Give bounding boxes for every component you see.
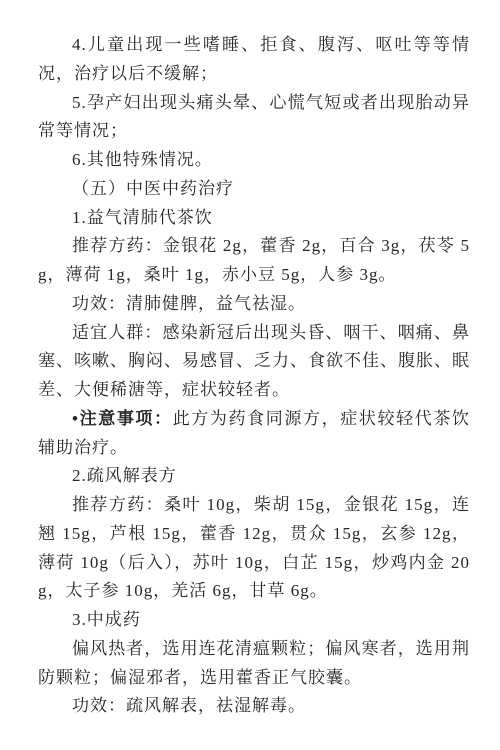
paragraph-recipe-3-effect: 功效：疏风解表，祛湿解毒。 — [38, 692, 470, 721]
paragraph-recipe-3-options: 偏风热者，选用连花清瘟颗粒；偏风寒者，选用荆防颗粒；偏湿邪者，选用藿香正气胶囊。 — [38, 635, 470, 693]
paragraph-item-6-other: 6.其他特殊情况。 — [38, 146, 470, 175]
heading-recipe-2-jiebiao: 2.疏风解表方 — [38, 462, 470, 491]
paragraph-item-5-pregnant: 5.孕产妇出现头痛头晕、心慌气短或者出现胎动异常等情况； — [38, 89, 470, 147]
paragraph-item-4-children: 4.儿童出现一些嗜睡、拒食、腹泻、呕吐等等情况，治疗以后不缓解； — [38, 31, 470, 89]
heading-recipe-1-tea: 1.益气清肺代茶饮 — [38, 204, 470, 233]
heading-section-5-tcm-treatment: （五）中医中药治疗 — [38, 175, 470, 204]
paragraph-recipe-1-note: •注意事项：此方为药食同源方，症状较轻代茶饮辅助治疗。 — [38, 405, 470, 463]
document-page: 4.儿童出现一些嗜睡、拒食、腹泻、呕吐等等情况，治疗以后不缓解； 5.孕产妇出现… — [0, 0, 500, 750]
paragraph-recipe-1-suitable-people: 适宜人群：感染新冠后出现头昏、咽干、咽痛、鼻塞、咳嗽、胸闷、易感冒、乏力、食欲不… — [38, 319, 470, 405]
note-label: •注意事项： — [72, 409, 173, 428]
paragraph-recipe-2-herbs: 推荐方药：桑叶 10g，柴胡 15g，金银花 15g，连翘 15g，芦根 15g… — [38, 491, 470, 606]
paragraph-recipe-1-effect: 功效：清肺健脾，益气祛湿。 — [38, 290, 470, 319]
heading-recipe-3-patent-medicine: 3.中成药 — [38, 606, 470, 635]
paragraph-recipe-1-herbs: 推荐方药：金银花 2g，藿香 2g，百合 3g，茯苓 5g，薄荷 1g，桑叶 1… — [38, 232, 470, 290]
